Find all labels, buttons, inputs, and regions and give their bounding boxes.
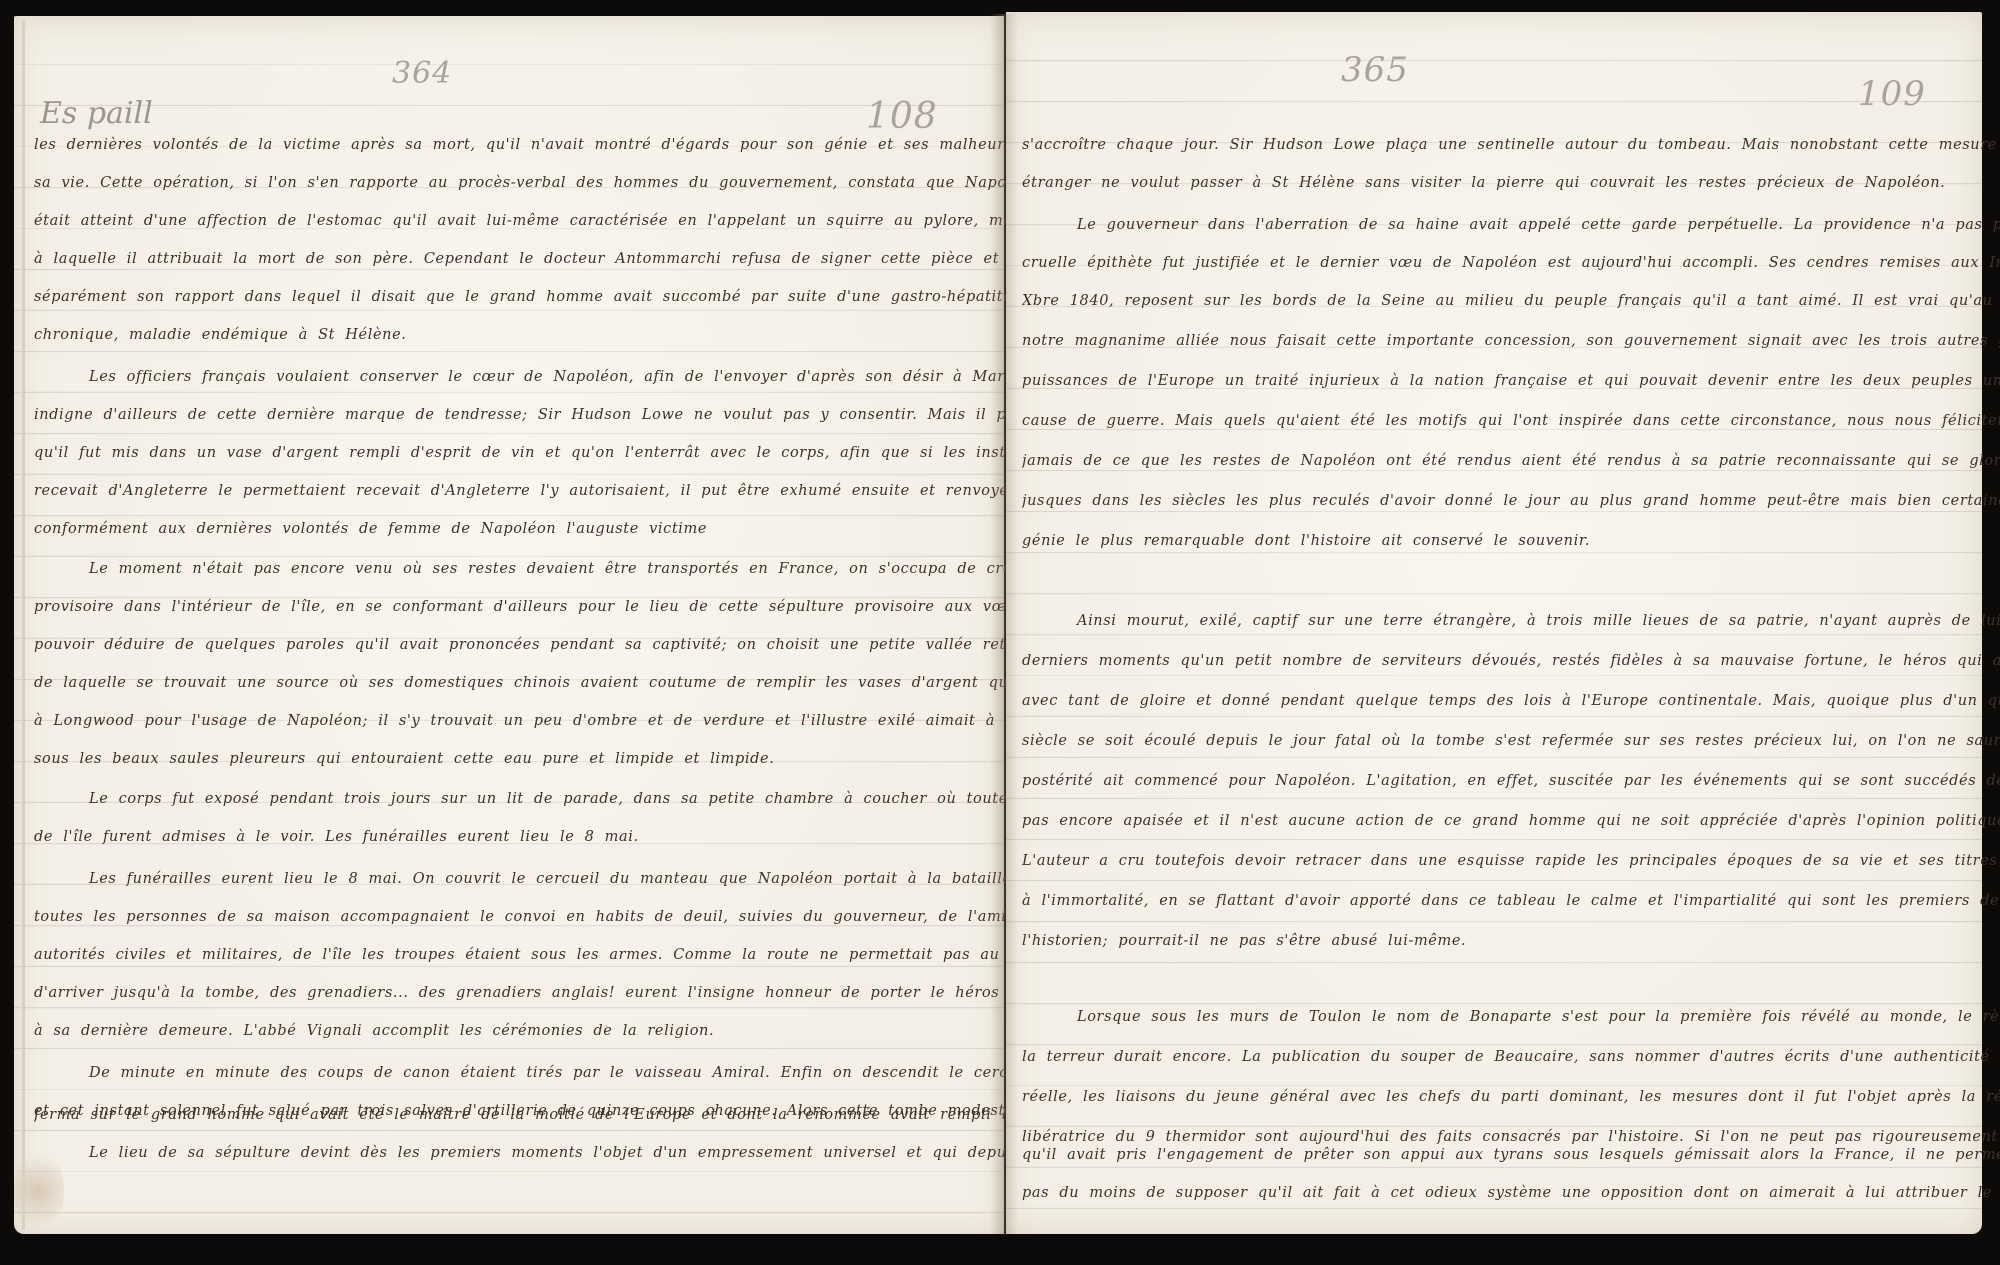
manuscript-line: génie le plus remarquable dont l'histoir… [1022,528,1590,554]
manuscript-line: Le moment n'était pas encore venu où ses… [34,556,1145,582]
manuscript-line: à Longwood pour l'usage de Napoléon; il … [34,708,1093,734]
manuscript-line: s'accroître chaque jour. Sir Hudson Lowe… [1022,132,2000,158]
right-page-text-end: qu'il avait pris l'engagement de prêter … [1022,1164,1972,1224]
pencil-foliation-number: 108 [866,96,938,137]
right-page-text: s'accroître chaque jour. Sir Hudson Lowe… [1022,132,1972,1132]
manuscript-line: qu'il fut mis dans un vase d'argent remp… [34,440,1116,466]
pencil-foliation-number: 109 [1858,74,1926,114]
manuscript-line: à l'immortalité, en se flattant d'avoir … [1022,888,2000,914]
manuscript-line: la terreur durait encore. La publication… [1022,1044,2000,1070]
manuscript-line: Ainsi mourut, exilé, captif sur une terr… [1022,608,2000,634]
manuscript-line: provisoire dans l'intérieur de l'île, en… [34,594,1122,620]
manuscript-line: Xbre 1840, reposent sur les bords de la … [1022,288,2000,314]
manuscript-line: postérité ait commencé pour Napoléon. L'… [1022,768,2000,794]
manuscript-line: cruelle épithète fut justifiée et le der… [1022,250,2000,276]
left-page: 364 108 Es paill les dernières volontés … [14,16,1004,1234]
manuscript-line: à laquelle il attribuait la mort de son … [34,246,1059,272]
manuscript-line: sa vie. Cette opération, si l'on s'en ra… [34,170,1040,196]
manuscript-line: séparément son rapport dans lequel il di… [34,284,1012,310]
pencil-page-number: 365 [1341,50,1409,90]
manuscript-line: puissances de l'Europe un traité injurie… [1022,368,2000,394]
manuscript-line: toutes les personnes de sa maison accomp… [34,904,1092,930]
manuscript-line: de l'île furent admises à le voir. Les f… [34,824,639,850]
manuscript-line: Le lieu de sa sépulture devint dès les p… [34,1140,1116,1166]
manuscript-line: l'historien; pourrait-il ne pas s'être a… [1022,928,1466,954]
manuscript-line: conformément aux dernières volontés de f… [34,516,707,542]
right-page: 365 109 s'accroître chaque jour. Sir Hud… [1006,12,1982,1234]
manuscript-line: recevait d'Angleterre le permettaient re… [34,478,1105,504]
manuscript-line: pas encore apaisée et il n'est aucune ac… [1022,808,2000,834]
manuscript-line: d'arriver jusqu'à la tombe, des grenadie… [34,980,1073,1006]
manuscript-line: chronique, maladie endémique à St Hélène… [34,322,406,348]
manuscript-line: autorités civiles et militaires, de l'îl… [34,942,1117,968]
manuscript-line: Les funérailles eurent lieu le 8 mai. On… [34,866,1122,892]
pencil-page-number: 364 [392,56,452,91]
manuscript-line: notre magnanime alliée nous faisait cett… [1022,328,2000,354]
manuscript-line: indigne d'ailleurs de cette dernière mar… [34,402,1142,428]
manuscript-line: jusques dans les siècles les plus reculé… [1022,488,2000,514]
manuscript-line: sous les beaux saules pleureurs qui ento… [34,746,774,772]
manuscript-line: Lorsque sous les murs de Toulon le nom d… [1022,1004,2000,1030]
manuscript-line: avec tant de gloire et donné pendant que… [1022,688,2000,714]
manuscript-line: de laquelle se trouvait une source où se… [34,670,1115,696]
manuscript-line: De minute en minute des coups de canon é… [34,1060,1053,1086]
manuscript-line: pas du moins de supposer qu'il ait fait … [1022,1180,1992,1206]
manuscript-line: cause de guerre. Mais quels qu'aient été… [1022,408,2000,434]
manuscript-line: qu'il avait pris l'engagement de prêter … [1022,1142,2000,1168]
manuscript-line: à sa dernière demeure. L'abbé Vignali ac… [34,1018,714,1044]
manuscript-line: derniers moments qu'un petit nombre de s… [1022,648,2000,674]
manuscript-line: était atteint d'une affection de l'estom… [34,208,1051,234]
open-manuscript-spread: 364 108 Es paill les dernières volontés … [0,0,2000,1265]
margin-note: Es paill [40,96,153,131]
left-page-text: les dernières volontés de la victime apr… [34,132,994,1132]
manuscript-line: réelle, les liaisons du jeune général av… [1022,1084,2000,1110]
left-page-text-end: ferma sur le grand homme qui avait été l… [34,1136,994,1196]
manuscript-line: pouvoir déduire de quelques paroles qu'i… [34,632,1117,658]
page-edge [22,20,25,1230]
manuscript-line: L'auteur a cru toutefois devoir retracer… [1022,848,2000,874]
manuscript-line: jamais de ce que les restes de Napoléon … [1022,448,2000,474]
manuscript-line: Le corps fut exposé pendant trois jours … [34,786,1140,812]
manuscript-line: les dernières volontés de la victime apr… [34,132,1088,158]
manuscript-line: étranger ne voulut passer à St Hélène sa… [1022,170,1945,196]
manuscript-line: Le gouverneur dans l'aberration de sa ha… [1022,212,2000,238]
manuscript-line: ferma sur le grand homme qui avait été l… [34,1102,1079,1128]
manuscript-line: siècle se soit écoulé depuis le jour fat… [1022,728,2000,754]
manuscript-line: Les officiers français voulaient conserv… [34,364,1077,390]
